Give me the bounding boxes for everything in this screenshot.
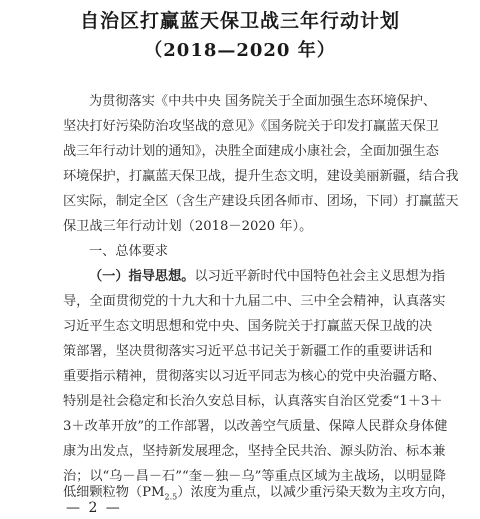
paragraph-line: 战三年行动计划的通知》，决胜全面建成小康社会，全面加强生态 (63, 143, 415, 161)
paragraph-line: 3＋改革开放”的工作部署，以改善空气质量、保障人民群众身体健 (63, 418, 415, 436)
paragraph-line: 保卫战三年行动计划（2018－2020 年）。 (63, 218, 415, 236)
pm-close: ） (177, 485, 190, 500)
paragraph-line: 环境保护，打赢蓝天保卫战，提升生态文明，建设美丽新疆，结合我 (63, 168, 415, 186)
document-title: 自治区打赢蓝天保卫战三年行动计划 (0, 6, 480, 33)
subsection-heading: （一）指导思想。 (89, 269, 195, 284)
paragraph-line: 习近平生态文明思想和党中央、国务院关于打赢蓝天保卫战的决 (63, 318, 415, 336)
paragraph-line: （一）指导思想。以习近平新时代中国特色社会主义思想为指 (89, 268, 415, 286)
paragraph-line: 特别是社会稳定和长治久安总目标，认真落实自治区党委“1＋3＋ (63, 393, 415, 411)
paragraph-text: 以习近平新时代中国特色社会主义思想为指 (195, 269, 446, 284)
pm-prefix: 低细颗粒物（PM (63, 485, 165, 500)
section-heading: 一、总体要求 (89, 243, 415, 261)
paragraph-text: 浓度为重点，以减少重污染天数为主攻方向， (190, 485, 454, 500)
page-number: — 2 — (66, 500, 122, 516)
paragraph-line: 导，全面贯彻党的十九大和十九届二中、三中全会精神，认真落实 (63, 293, 415, 311)
paragraph-line: 康为出发点，坚持新发展理念，坚持全民共治、源头防治、标本兼 (63, 443, 415, 461)
paragraph-line: 坚决打好污染防治攻坚战的意见》《国务院关于印发打赢蓝天保卫 (63, 118, 415, 136)
paragraph-line: 策部署，坚决贯彻落实习近平总书记关于新疆工作的重要讲话和 (63, 343, 415, 361)
pm-subscript: 2.5 (165, 493, 178, 502)
paragraph-line: 重要指示精神，贯彻落实以习近平同志为核心的党中央治疆方略、 (63, 368, 415, 386)
paragraph-line: 区实际，制定全区（含生产建设兵团各师市、团场，下同）打赢蓝天 (63, 193, 415, 211)
document-subtitle: （2018—2020 年） (0, 36, 480, 62)
paragraph-line: 为贯彻落实《中共中央 国务院关于全面加强生态环境保护、 (89, 93, 415, 111)
